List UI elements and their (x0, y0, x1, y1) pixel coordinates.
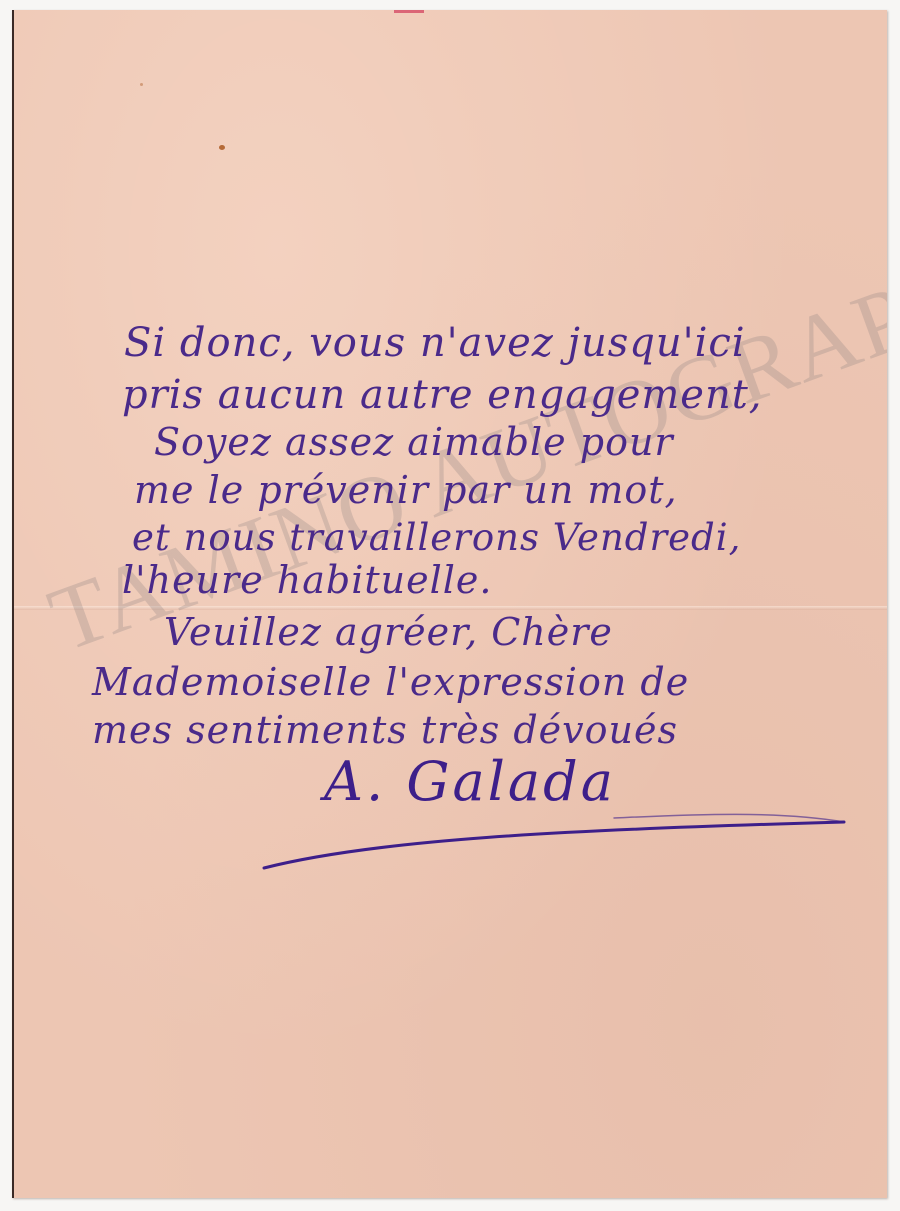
letter-body: Si donc, vous n'avez jusqu'ici pris aucu… (14, 10, 887, 1198)
letter-paper: TAMINO AUTOGRAPHS Si donc, vous n'avez j… (12, 10, 887, 1198)
letter-line: Mademoiselle l'expression de (92, 660, 689, 704)
letter-line: Si donc, vous n'avez jusqu'ici (124, 320, 746, 366)
letter-line: Soyez assez aimable pour (154, 420, 674, 464)
scanned-document: TAMINO AUTOGRAPHS Si donc, vous n'avez j… (0, 0, 900, 1211)
letter-line: Veuillez agréer, Chère (164, 610, 613, 654)
letter-line: pris aucun autre engagement, (122, 372, 763, 418)
letter-line: l'heure habituelle. (122, 558, 492, 602)
letter-line: me le prévenir par un mot, (134, 468, 678, 512)
letter-line: mes sentiments très dévoués (92, 708, 678, 752)
signature-flourish (254, 770, 874, 890)
letter-line: et nous travaillerons Vendredi, (132, 516, 741, 559)
